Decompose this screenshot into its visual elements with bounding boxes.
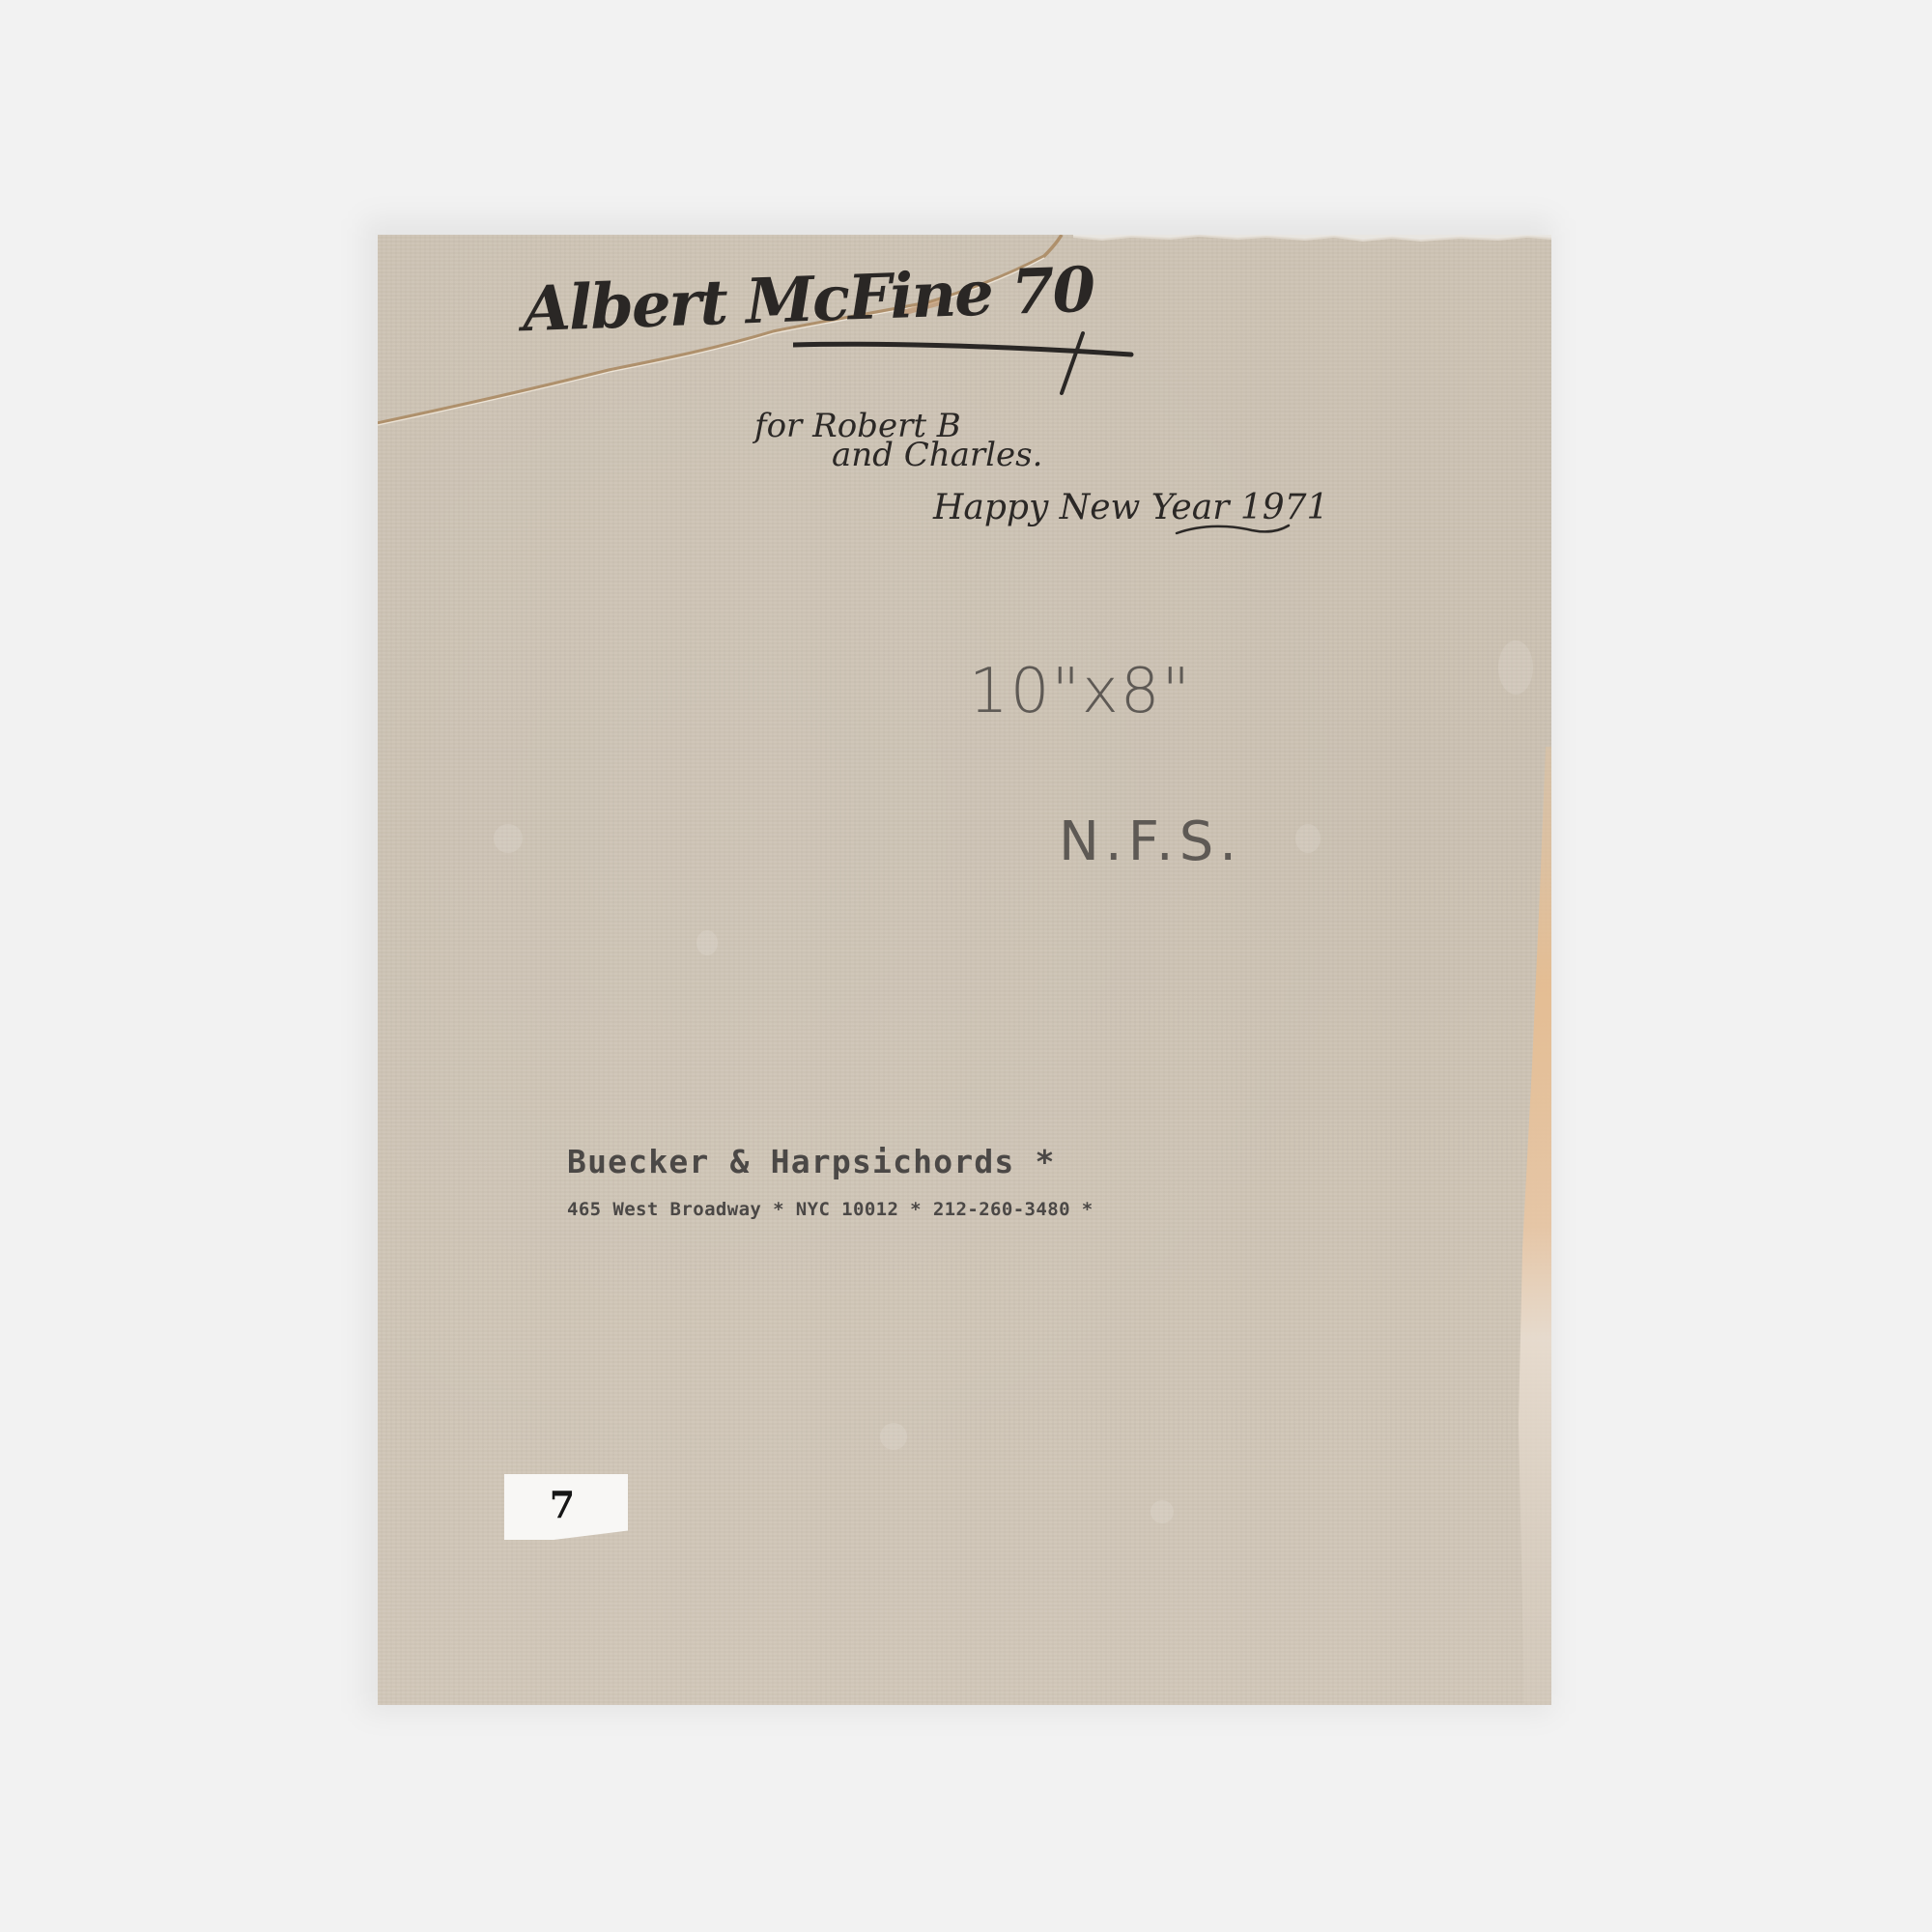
water-spot [1295,824,1321,853]
not-for-sale-note: N.F.S. [1059,810,1242,873]
dimensions-note: 10"x8" [969,656,1192,727]
dedication-line-2: and Charles. [832,436,1042,474]
photograph-verso: Albert McFine 70 for Robert B and Charle… [378,235,1551,1705]
water-spot [880,1423,907,1450]
photo-backdrop: Albert McFine 70 for Robert B and Charle… [0,0,1932,1932]
water-spot [494,824,523,853]
water-spot [696,930,718,955]
water-spot [1498,640,1533,695]
company-address-stamp: 465 West Broadway * NYC 10012 * 212-260-… [567,1199,1094,1220]
lot-number-sticker: 7 [504,1474,628,1540]
signature-flourish [793,324,1141,401]
water-spot [1151,1500,1174,1523]
edge-stain [1495,747,1551,1703]
lot-number: 7 [550,1483,575,1526]
company-name-stamp: Buecker & Harpsichords * [567,1143,1056,1180]
year-underline [1175,522,1291,537]
